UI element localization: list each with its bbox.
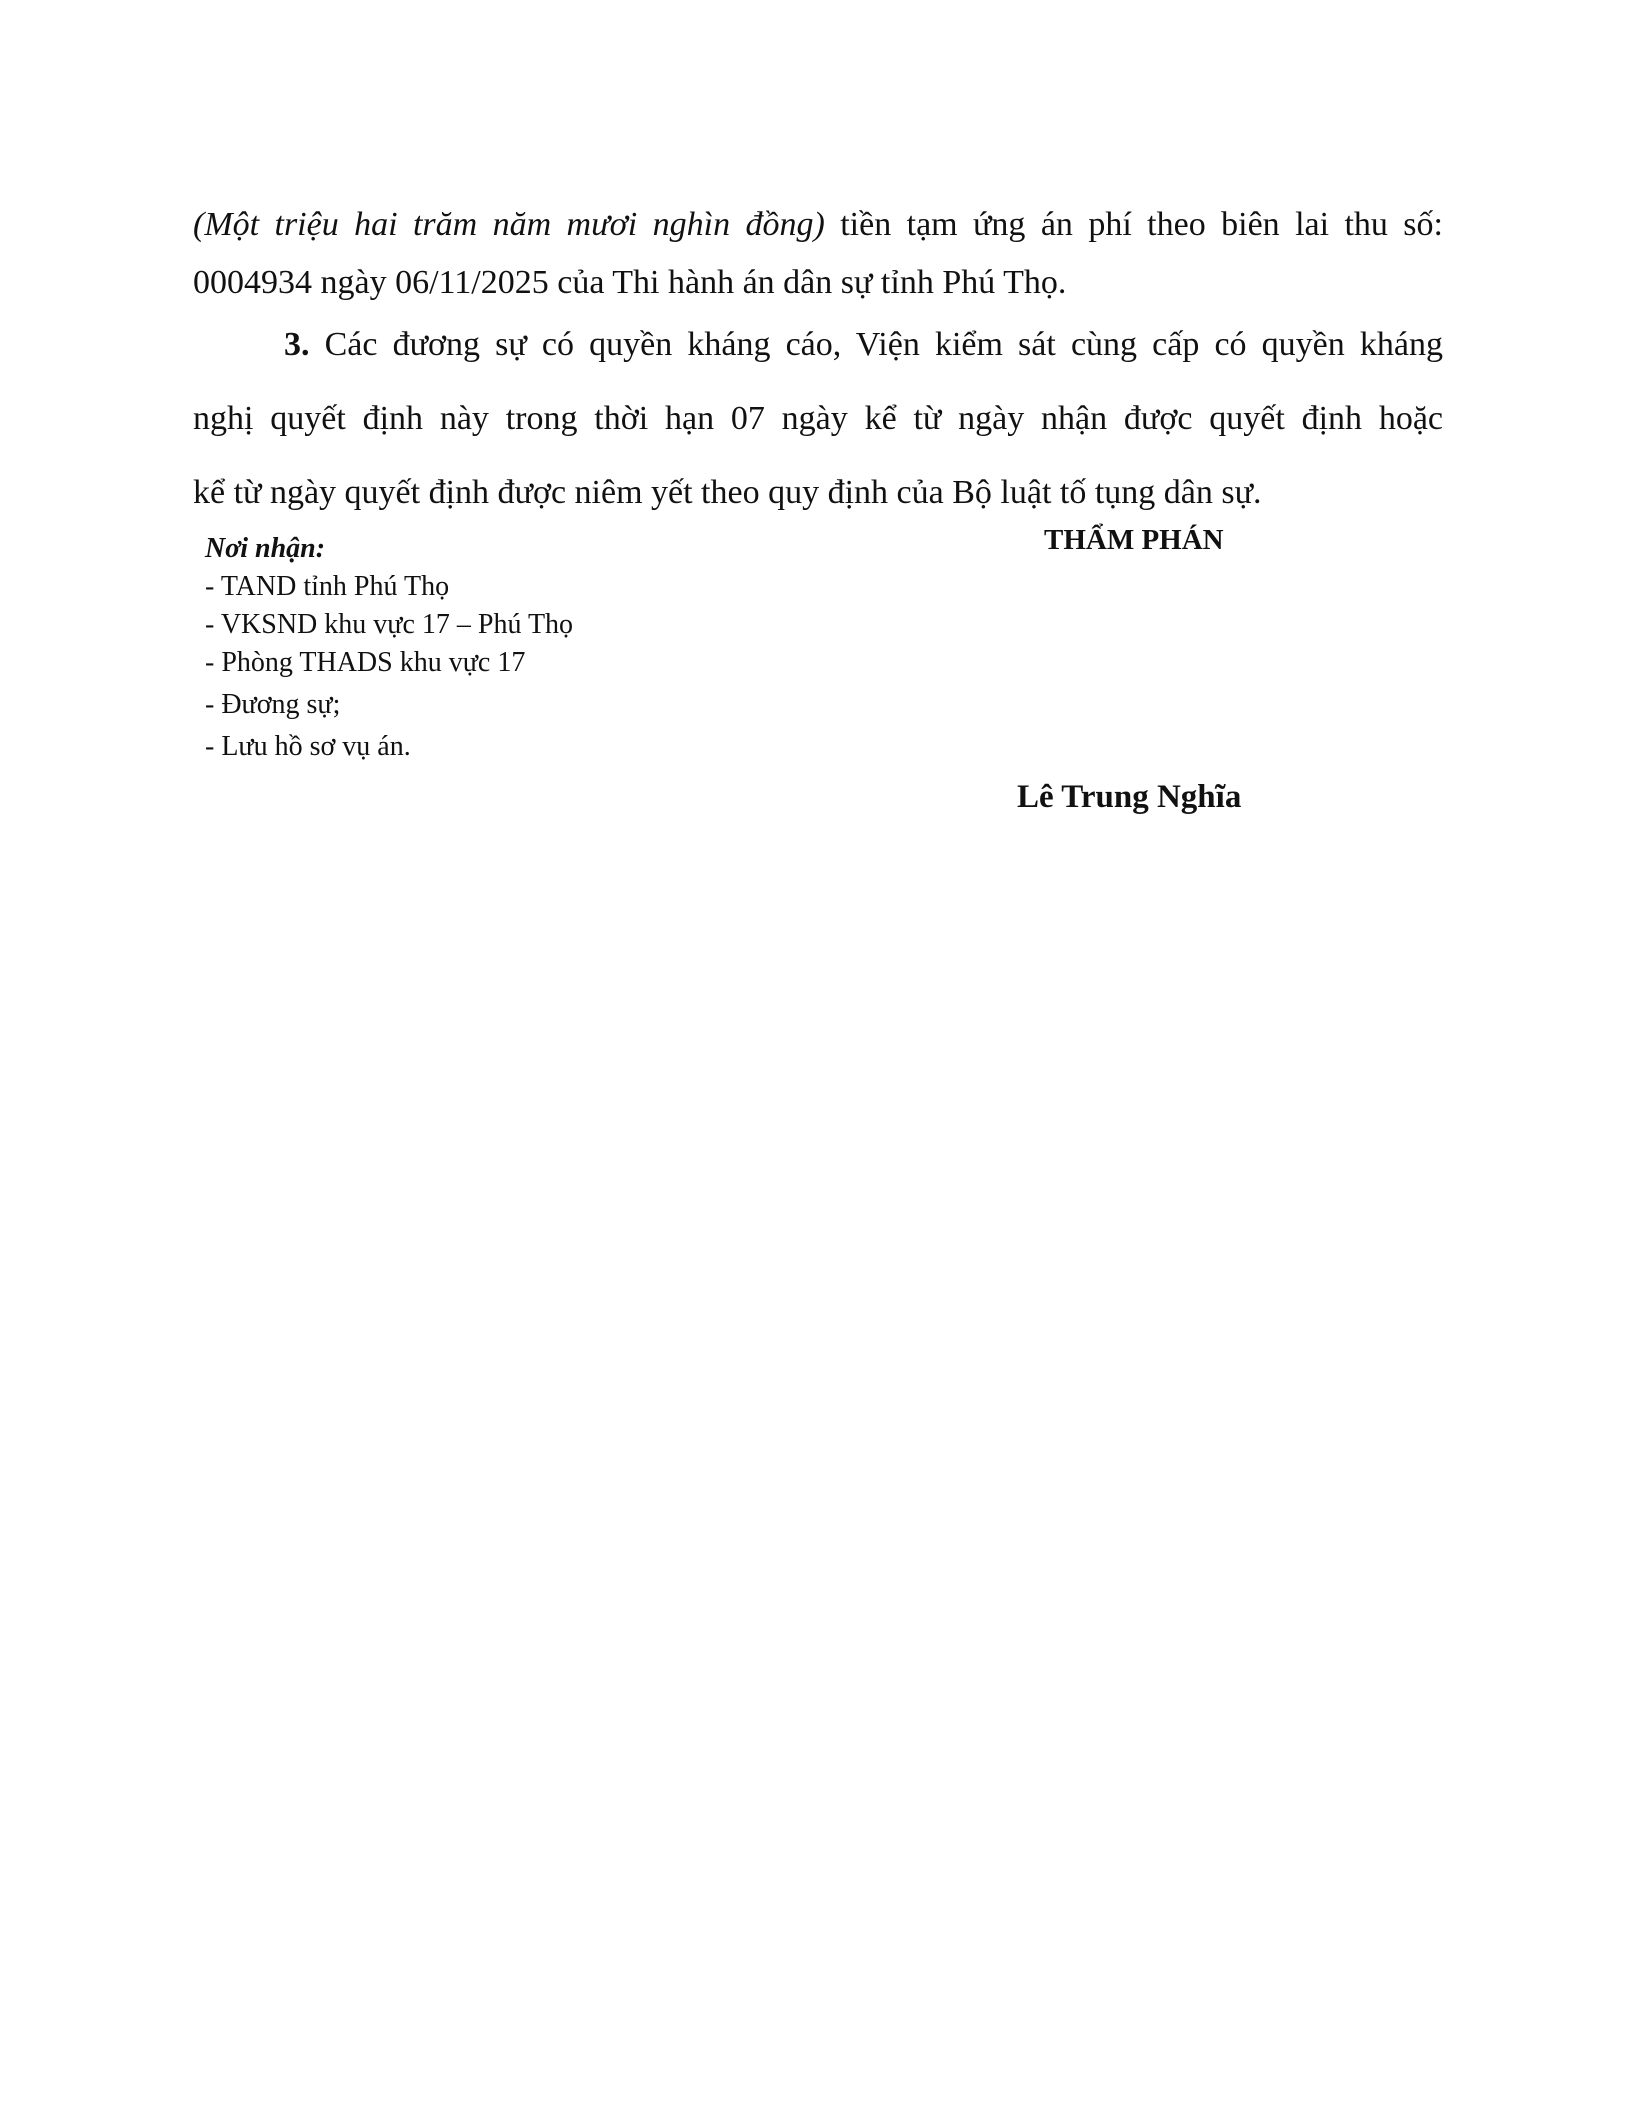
recipient-item: - VKSND khu vực 17 – Phú Thọ — [205, 606, 573, 644]
appeal-text-line-3: kể từ ngày quyết định được niêm yết theo… — [193, 456, 1443, 530]
receipt-line: 0004934 ngày 06/11/2025 của Thi hành án … — [193, 254, 1443, 312]
amount-in-words: (Một triệu hai trăm năm mươi nghìn đồng) — [193, 206, 825, 243]
appeal-text-line-2: nghị quyết định này trong thời hạn 07 ng… — [193, 382, 1443, 456]
recipient-item: - TAND tỉnh Phú Thọ — [205, 568, 573, 606]
receipt-text: tiền tạm ứng án phí theo biên lai thu số… — [825, 206, 1443, 243]
document-page: (Một triệu hai trăm năm mươi nghìn đồng)… — [0, 0, 1632, 2112]
recipient-item: - Lưu hồ sơ vụ án. — [205, 728, 573, 766]
paragraph-line: (Một triệu hai trăm năm mươi nghìn đồng)… — [193, 196, 1443, 254]
paragraph-line: 3. Các đương sự có quyền kháng cáo, Viện… — [193, 308, 1443, 382]
appeal-text-line-1: Các đương sự có quyền kháng cáo, Viện ki… — [310, 326, 1444, 363]
recipients-block: Nơi nhận: - TAND tỉnh Phú Thọ - VKSND kh… — [205, 530, 573, 766]
recipients-label: Nơi nhận: — [205, 530, 573, 568]
fee-receipt-paragraph: (Một triệu hai trăm năm mươi nghìn đồng)… — [193, 196, 1443, 312]
signer-name: Lê Trung Nghĩa — [1017, 779, 1241, 816]
recipient-item: - Đương sự; — [205, 686, 573, 724]
signature-title: THẨM PHÁN — [1044, 524, 1224, 557]
recipient-item: - Phòng THADS khu vực 17 — [205, 644, 573, 682]
appeal-rights-paragraph: 3. Các đương sự có quyền kháng cáo, Viện… — [193, 308, 1443, 530]
section-number: 3. — [284, 326, 310, 363]
